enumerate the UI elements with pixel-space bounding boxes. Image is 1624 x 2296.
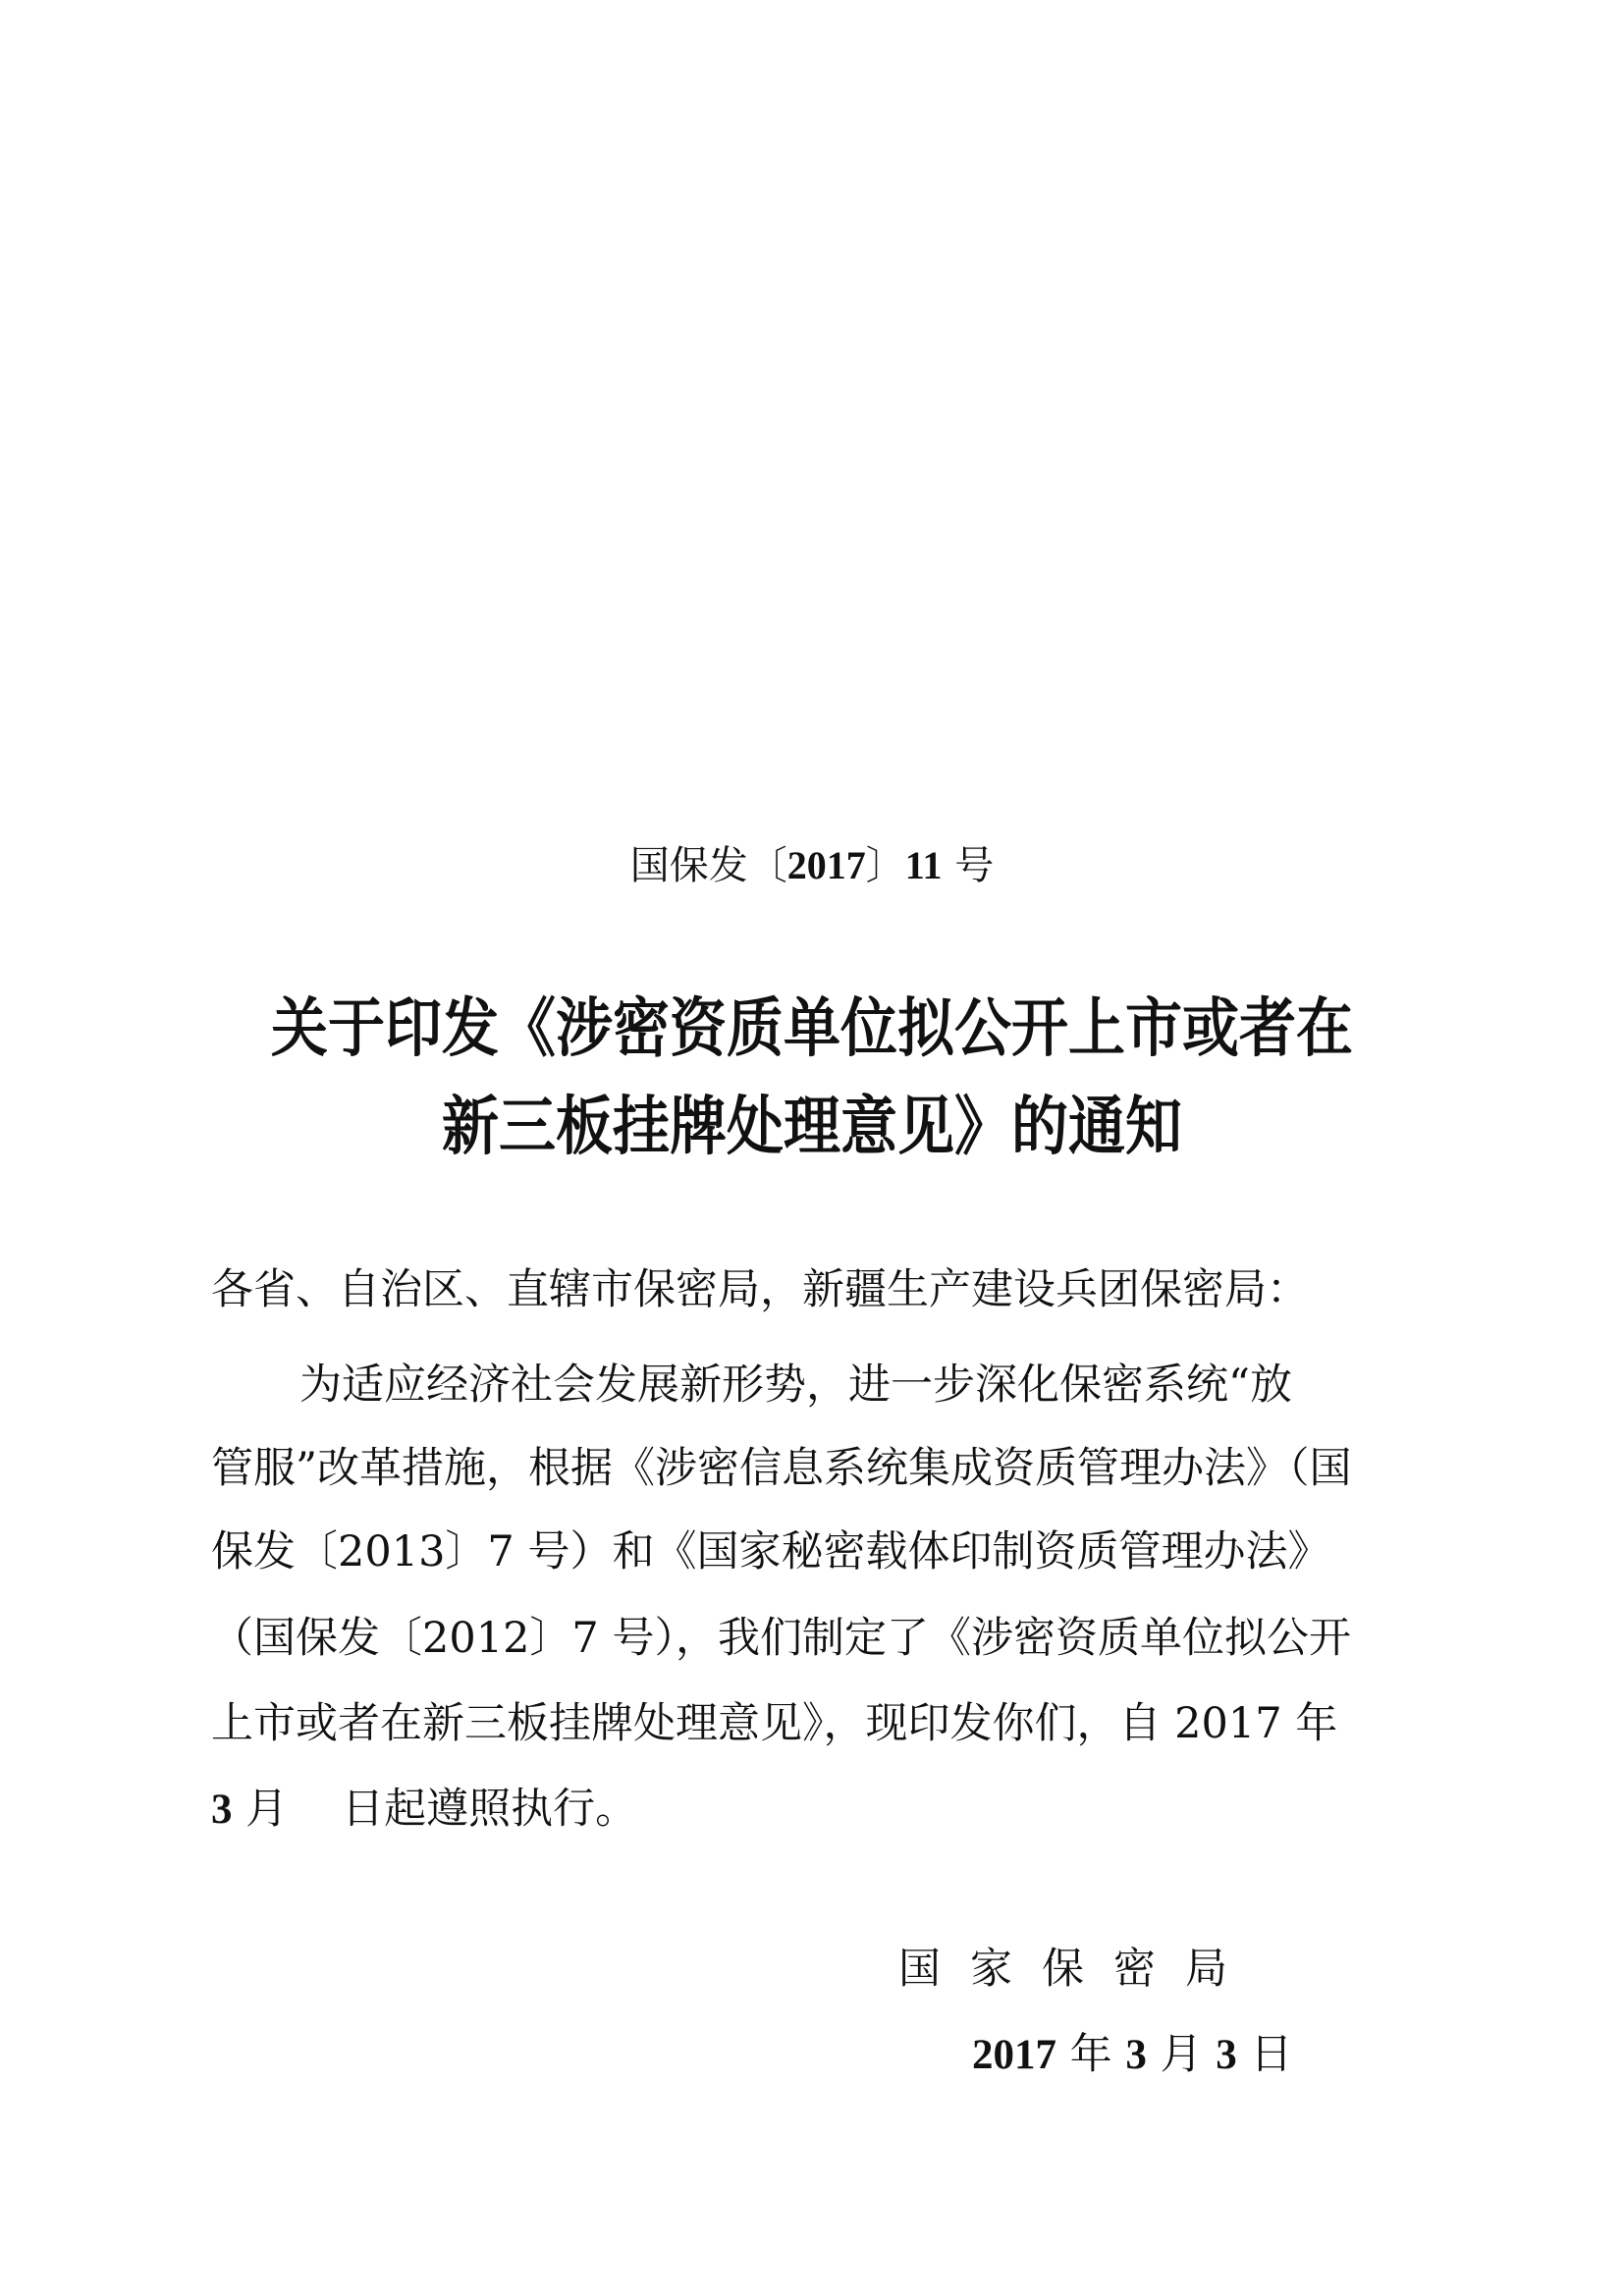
doc-number-close-bracket: 〕 xyxy=(866,843,905,888)
doc-number-prefix: 国保发 xyxy=(630,843,748,888)
issue-date: 2017 年 3 月 3 日 xyxy=(972,2034,1292,2076)
document-number: 国保发〔2017〕11 号 xyxy=(0,846,1624,885)
doc-number-year: 2017 xyxy=(787,843,866,887)
date-year: 2017 xyxy=(972,2032,1056,2078)
effective-month-number: 3 xyxy=(211,1787,233,1833)
date-month: 3 xyxy=(1125,2032,1147,2078)
doc-number-suffix: 号 xyxy=(954,843,994,888)
date-day: 3 xyxy=(1216,2032,1237,2078)
body-line-3: 保发〔2013〕7 号）和《国家秘密载体印制资质管理办法》 xyxy=(211,1531,1419,1574)
doc-number-value: 11 xyxy=(905,843,943,887)
effective-month-label: 月 xyxy=(245,1785,288,1834)
body-line-1: 为适应经济社会发展新形势，进一步深化保密系统“放 xyxy=(299,1364,1507,1407)
document-title-line-1: 关于印发《涉密资质单位拟公开上市或者在 xyxy=(0,996,1624,1060)
body-line-5: 上市或者在新三板挂牌处理意见》，现印发你们，自 2017 年 xyxy=(211,1703,1419,1745)
document-title-line-2: 新三板挂牌处理意见》的通知 xyxy=(0,1095,1624,1158)
body-line-4: （国保发〔2012〕7 号），我们制定了《涉密资质单位拟公开 xyxy=(211,1618,1419,1660)
effective-rest: 日起遵照执行。 xyxy=(342,1785,637,1834)
body-line-6: 3 月日起遵照执行。 xyxy=(211,1789,1419,1831)
body-line-2: 管服”改革措施，根据《涉密信息系统集成资质管理办法》（国 xyxy=(211,1448,1419,1490)
issuer-signature: 国家保密局 xyxy=(898,1949,1257,1991)
date-year-label: 年 xyxy=(1070,2030,1112,2079)
doc-number-open-bracket: 〔 xyxy=(748,843,787,888)
date-month-label: 月 xyxy=(1161,2030,1203,2079)
document-page: 国保发〔2017〕11 号 关于印发《涉密资质单位拟公开上市或者在 新三板挂牌处… xyxy=(0,0,1624,2296)
date-day-label: 日 xyxy=(1250,2030,1292,2079)
addressee: 各省、自治区、直辖市保密局，新疆生产建设兵团保密局： xyxy=(211,1269,1419,1311)
